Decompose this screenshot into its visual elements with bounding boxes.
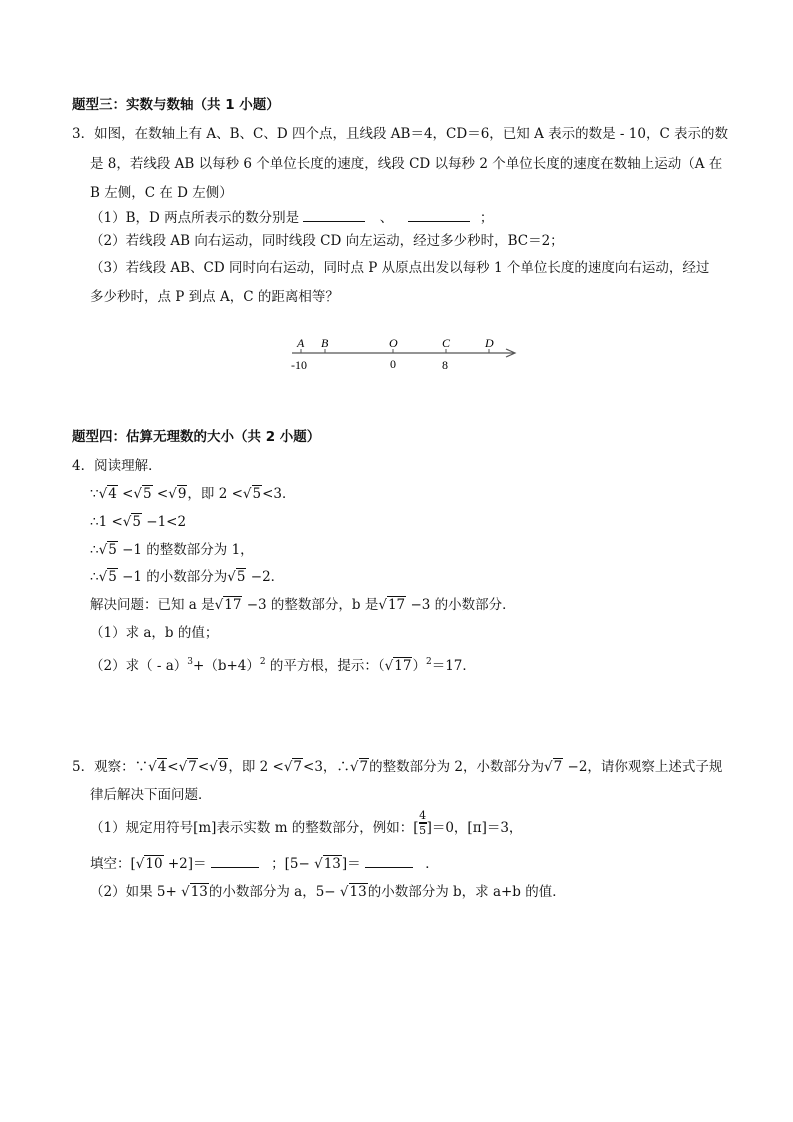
- text: −3 的整数部分，b 是: [242, 597, 378, 613]
- text: +（b+4）: [193, 658, 260, 674]
- label-o: O: [389, 336, 398, 350]
- value-o: 0: [390, 357, 396, 371]
- q5-fill: 填空：[√10 +2]＝ ；[5− √13]＝ ．: [90, 853, 439, 874]
- radicand: 5: [236, 568, 247, 585]
- text: 填空：[: [90, 856, 136, 872]
- answer-blank-b[interactable]: [303, 207, 365, 222]
- radicand: 13: [323, 855, 342, 872]
- text: ∴1 <: [90, 514, 123, 530]
- q4-sub1: （1）求 a，b 的值；: [90, 623, 218, 643]
- denominator: 5: [419, 825, 427, 836]
- text: ＝17．: [432, 658, 476, 674]
- radicand: 7: [187, 758, 198, 775]
- text: ；[5−: [271, 856, 314, 872]
- text: −1<2: [142, 514, 186, 530]
- radicand: 9: [218, 758, 229, 775]
- q4-title: 4．阅读理解．: [72, 456, 162, 476]
- section-heading-4: 题型四：估算无理数的大小（共 2 小题）: [72, 427, 320, 447]
- text: −3 的小数部分．: [406, 597, 515, 613]
- radicand: 7: [553, 758, 564, 775]
- separator: 、: [380, 210, 394, 226]
- lt: <: [198, 759, 209, 775]
- text: （2）求（ - a）: [90, 658, 187, 674]
- q4-line4: ∴√5 −1 的小数部分为√5 −2．: [90, 567, 284, 587]
- section-heading-3: 题型三：实数与数轴（共 1 小题）: [72, 95, 280, 115]
- q4-line1: ∵√4 <√5 <√9，即 2 <√5<3．: [90, 484, 296, 504]
- q3-sub3-line2: 多少秒时，点 P 到点 A，C 的距离相等？: [90, 287, 339, 307]
- q5-line1: 5．观察：∵√4<√7<√9，即 2 <√7<3，∴√7的整数部分为 2，小数部…: [72, 757, 722, 777]
- semicolon: ；: [480, 210, 494, 226]
- lt: <: [167, 759, 178, 775]
- text: ，即 2 <: [228, 759, 283, 775]
- text: ∴: [90, 542, 99, 558]
- radicand: 17: [387, 596, 406, 613]
- radicand: 5: [131, 513, 142, 530]
- text: 5．观察：∵: [72, 759, 148, 775]
- radicand: 17: [393, 657, 412, 674]
- q4-line3: ∴√5 −1 的整数部分为 1，: [90, 540, 254, 560]
- radicand: 4: [107, 485, 118, 502]
- q3-sub2: （2）若线段 AB 向右运动，同时线段 CD 向左运动，经过多少秒时，BC＝2；: [90, 231, 564, 251]
- number-line-figure: A B O C D -10 0 8: [280, 330, 530, 380]
- radicand: 7: [292, 758, 303, 775]
- text: 解决问题：已知 a 是: [90, 597, 215, 613]
- lt: <: [122, 486, 133, 502]
- q4-line5: 解决问题：已知 a 是√17 −3 的整数部分，b 是√17 −3 的小数部分．: [90, 595, 516, 615]
- label-c: C: [442, 336, 451, 350]
- text: 的平方根，提示：（: [266, 658, 385, 674]
- radicand: 13: [190, 883, 209, 900]
- because-symbol: ∵: [90, 486, 99, 502]
- text: <3，∴: [303, 759, 350, 775]
- q5-sub2: （2）如果 5+ √13的小数部分为 a，5− √13的小数部分为 b，求 a+…: [90, 882, 566, 902]
- q3-line1: 3．如图，在数轴上有 A、B、C、D 四个点，且线段 AB＝4，CD＝6，已知 …: [72, 124, 728, 144]
- numerator: 4: [419, 810, 427, 821]
- text: ∴: [90, 569, 99, 585]
- q4-line2: ∴1 <√5 −1<2: [90, 512, 186, 532]
- text: −1 的整数部分为 1，: [118, 542, 254, 558]
- text: （2）如果 5+: [90, 884, 181, 900]
- text: 的整数部分为 2，小数部分为: [369, 759, 544, 775]
- label-b: B: [321, 336, 329, 350]
- text: +2]＝: [164, 856, 207, 872]
- text: 的小数部分为 a，5−: [209, 884, 340, 900]
- lt: <: [157, 486, 168, 502]
- q3-sub3-line1: （3）若线段 AB、CD 同时向右运动，同时点 P 从原点出发以每秒 1 个单位…: [90, 258, 709, 278]
- text: −1 的小数部分为: [118, 569, 227, 585]
- q3-line2: 是 8，若线段 AB 以每秒 6 个单位长度的速度，线段 CD 以每秒 2 个单…: [90, 154, 722, 174]
- radicand: 9: [177, 485, 188, 502]
- label-d: D: [484, 336, 494, 350]
- text: ）: [412, 658, 426, 674]
- radicand: 5: [142, 485, 153, 502]
- radicand: 5: [252, 485, 263, 502]
- radicand: 5: [107, 541, 118, 558]
- text: ]＝: [342, 856, 361, 872]
- text: −2，请你观察上述式子规: [563, 759, 722, 775]
- text: ，即 2 <: [187, 486, 242, 502]
- text: ]＝0，[π]＝3，: [427, 820, 523, 836]
- radicand: 17: [223, 596, 242, 613]
- text: <3．: [262, 486, 295, 502]
- radicand: 13: [349, 883, 368, 900]
- q4-sub2: （2）求（ - a）3+（b+4）2 的平方根，提示：（√17）2＝17．: [90, 652, 476, 676]
- q5-line2: 律后解决下面问题．: [90, 785, 212, 805]
- text: −2．: [246, 569, 284, 585]
- text: ．: [425, 856, 439, 872]
- radicand: 4: [157, 758, 168, 775]
- radicand: 10: [144, 855, 163, 872]
- value-a: -10: [291, 358, 307, 372]
- answer-blank-1[interactable]: [211, 853, 259, 868]
- radicand: 5: [107, 568, 118, 585]
- text: （1）规定用符号[m]表示实数 m 的整数部分，例如：[: [90, 820, 419, 836]
- label-a: A: [296, 336, 305, 350]
- text: 的小数部分为 b，求 a+b 的值．: [368, 884, 566, 900]
- radicand: 7: [359, 758, 370, 775]
- q5-sub1: （1）规定用符号[m]表示实数 m 的整数部分，例如：[45]＝0，[π]＝3，: [90, 818, 522, 838]
- q3-line3: B 左侧，C 在 D 左侧）: [90, 183, 233, 203]
- answer-blank-2[interactable]: [365, 853, 413, 868]
- fraction: 45: [419, 810, 427, 836]
- q3-sub1: （1）B，D 两点所表示的数分别是 、 ；: [90, 207, 493, 228]
- q3-sub1-text: （1）B，D 两点所表示的数分别是: [90, 210, 299, 226]
- value-c: 8: [442, 358, 448, 372]
- answer-blank-d[interactable]: [408, 207, 470, 222]
